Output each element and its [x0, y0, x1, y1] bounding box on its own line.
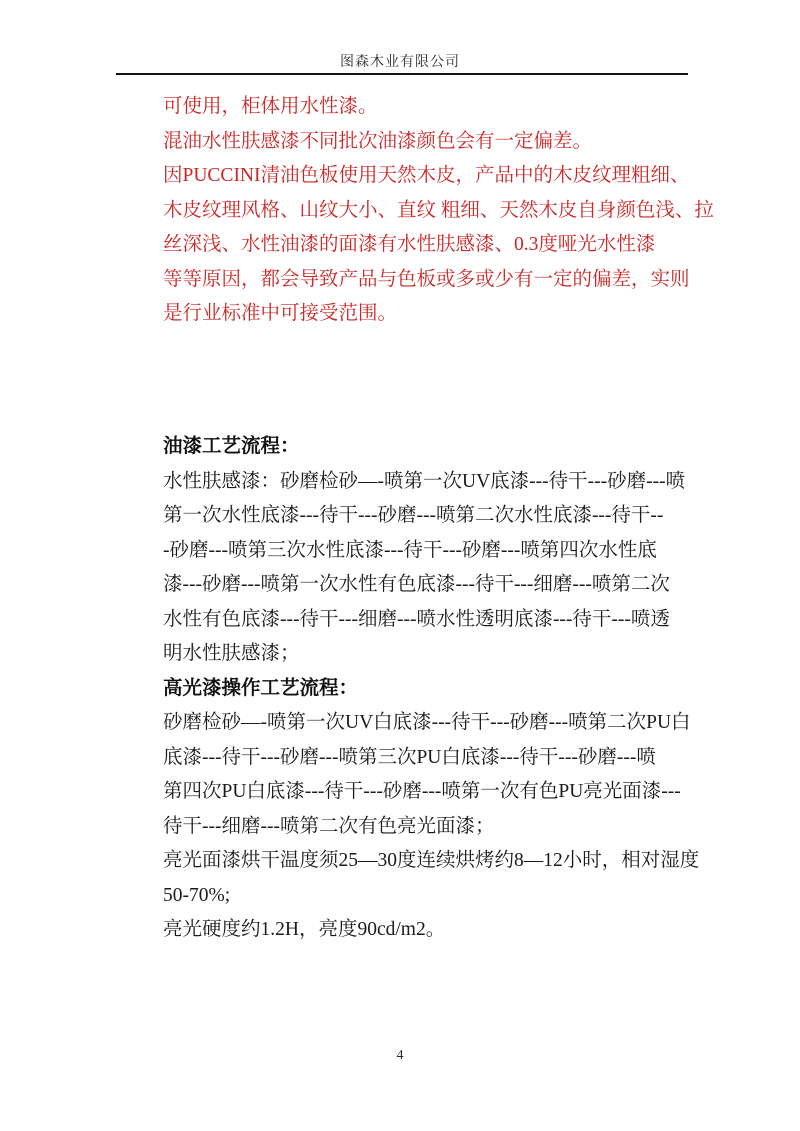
notice-paragraph: 可使用，柜体用水性漆。 混油水性肤感漆不同批次油漆颜色会有一定偏差。 因PUCC…: [163, 90, 723, 332]
notice-line: 混油水性肤感漆不同批次油漆颜色会有一定偏差。: [163, 125, 723, 160]
gloss-process-line: 第四次PU白底漆---待干---砂磨---喷第一次有色PU亮光面漆---: [163, 775, 723, 810]
paint-process-line: 漆---砂磨---喷第一次水性有色底漆---待干---细磨---喷第二次: [163, 568, 723, 603]
notice-line: 丝深浅、水性油漆的面漆有水性肤感漆、0.3度哑光水性漆: [163, 228, 723, 263]
notice-line: 等等原因，都会导致产品与色板或多或少有一定的偏差，实则: [163, 263, 723, 298]
header-company-name: 图森木业有限公司: [0, 51, 800, 71]
gloss-process-section: 高光漆操作工艺流程： 砂磨检砂—-喷第一次UV白底漆---待干---砂磨---喷…: [163, 672, 723, 948]
gloss-process-line: 亮光面漆烘干温度须25—30度连续烘烤约8—12小时，相对湿度: [163, 844, 723, 879]
paint-process-line: 水性有色底漆---待干---细磨---喷水性透明底漆---待干---喷透: [163, 603, 723, 638]
paint-process-line: 第一次水性底漆---待干---砂磨---喷第二次水性底漆---待干--: [163, 499, 723, 534]
notice-line: 木皮纹理风格、山纹大小、直纹 粗细、天然木皮自身颜色浅、拉: [163, 194, 723, 229]
header-divider-line: [116, 73, 688, 75]
gloss-process-heading: 高光漆操作工艺流程：: [163, 672, 723, 707]
gloss-process-line: 50-70%;: [163, 879, 723, 914]
gloss-process-line: 底漆---待干---砂磨---喷第三次PU白底漆---待干---砂磨---喷: [163, 741, 723, 776]
notice-line: 因PUCCINI清油色板使用天然木皮，产品中的木皮纹理粗细、: [163, 159, 723, 194]
paint-process-heading: 油漆工艺流程：: [163, 430, 723, 465]
notice-line: 可使用，柜体用水性漆。: [163, 90, 723, 125]
gloss-process-line: 待干---细磨---喷第二次有色亮光面漆；: [163, 810, 723, 845]
paint-process-line: 明水性肤感漆；: [163, 637, 723, 672]
gloss-process-line: 亮光硬度约1.2H，亮度90cd/m2。: [163, 913, 723, 948]
paint-process-line: 水性肤感漆：砂磨检砂—-喷第一次UV底漆---待干---砂磨---喷: [163, 465, 723, 500]
notice-line: 是行业标准中可接受范围。: [163, 297, 723, 332]
document-page: 图森木业有限公司 可使用，柜体用水性漆。 混油水性肤感漆不同批次油漆颜色会有一定…: [0, 0, 800, 1131]
page-number: 4: [0, 1048, 800, 1064]
paint-process-line: -砂磨---喷第三次水性底漆---待干---砂磨---喷第四次水性底: [163, 534, 723, 569]
gloss-process-line: 砂磨检砂—-喷第一次UV白底漆---待干---砂磨---喷第二次PU白: [163, 706, 723, 741]
paint-process-section: 油漆工艺流程： 水性肤感漆：砂磨检砂—-喷第一次UV底漆---待干---砂磨--…: [163, 430, 723, 672]
